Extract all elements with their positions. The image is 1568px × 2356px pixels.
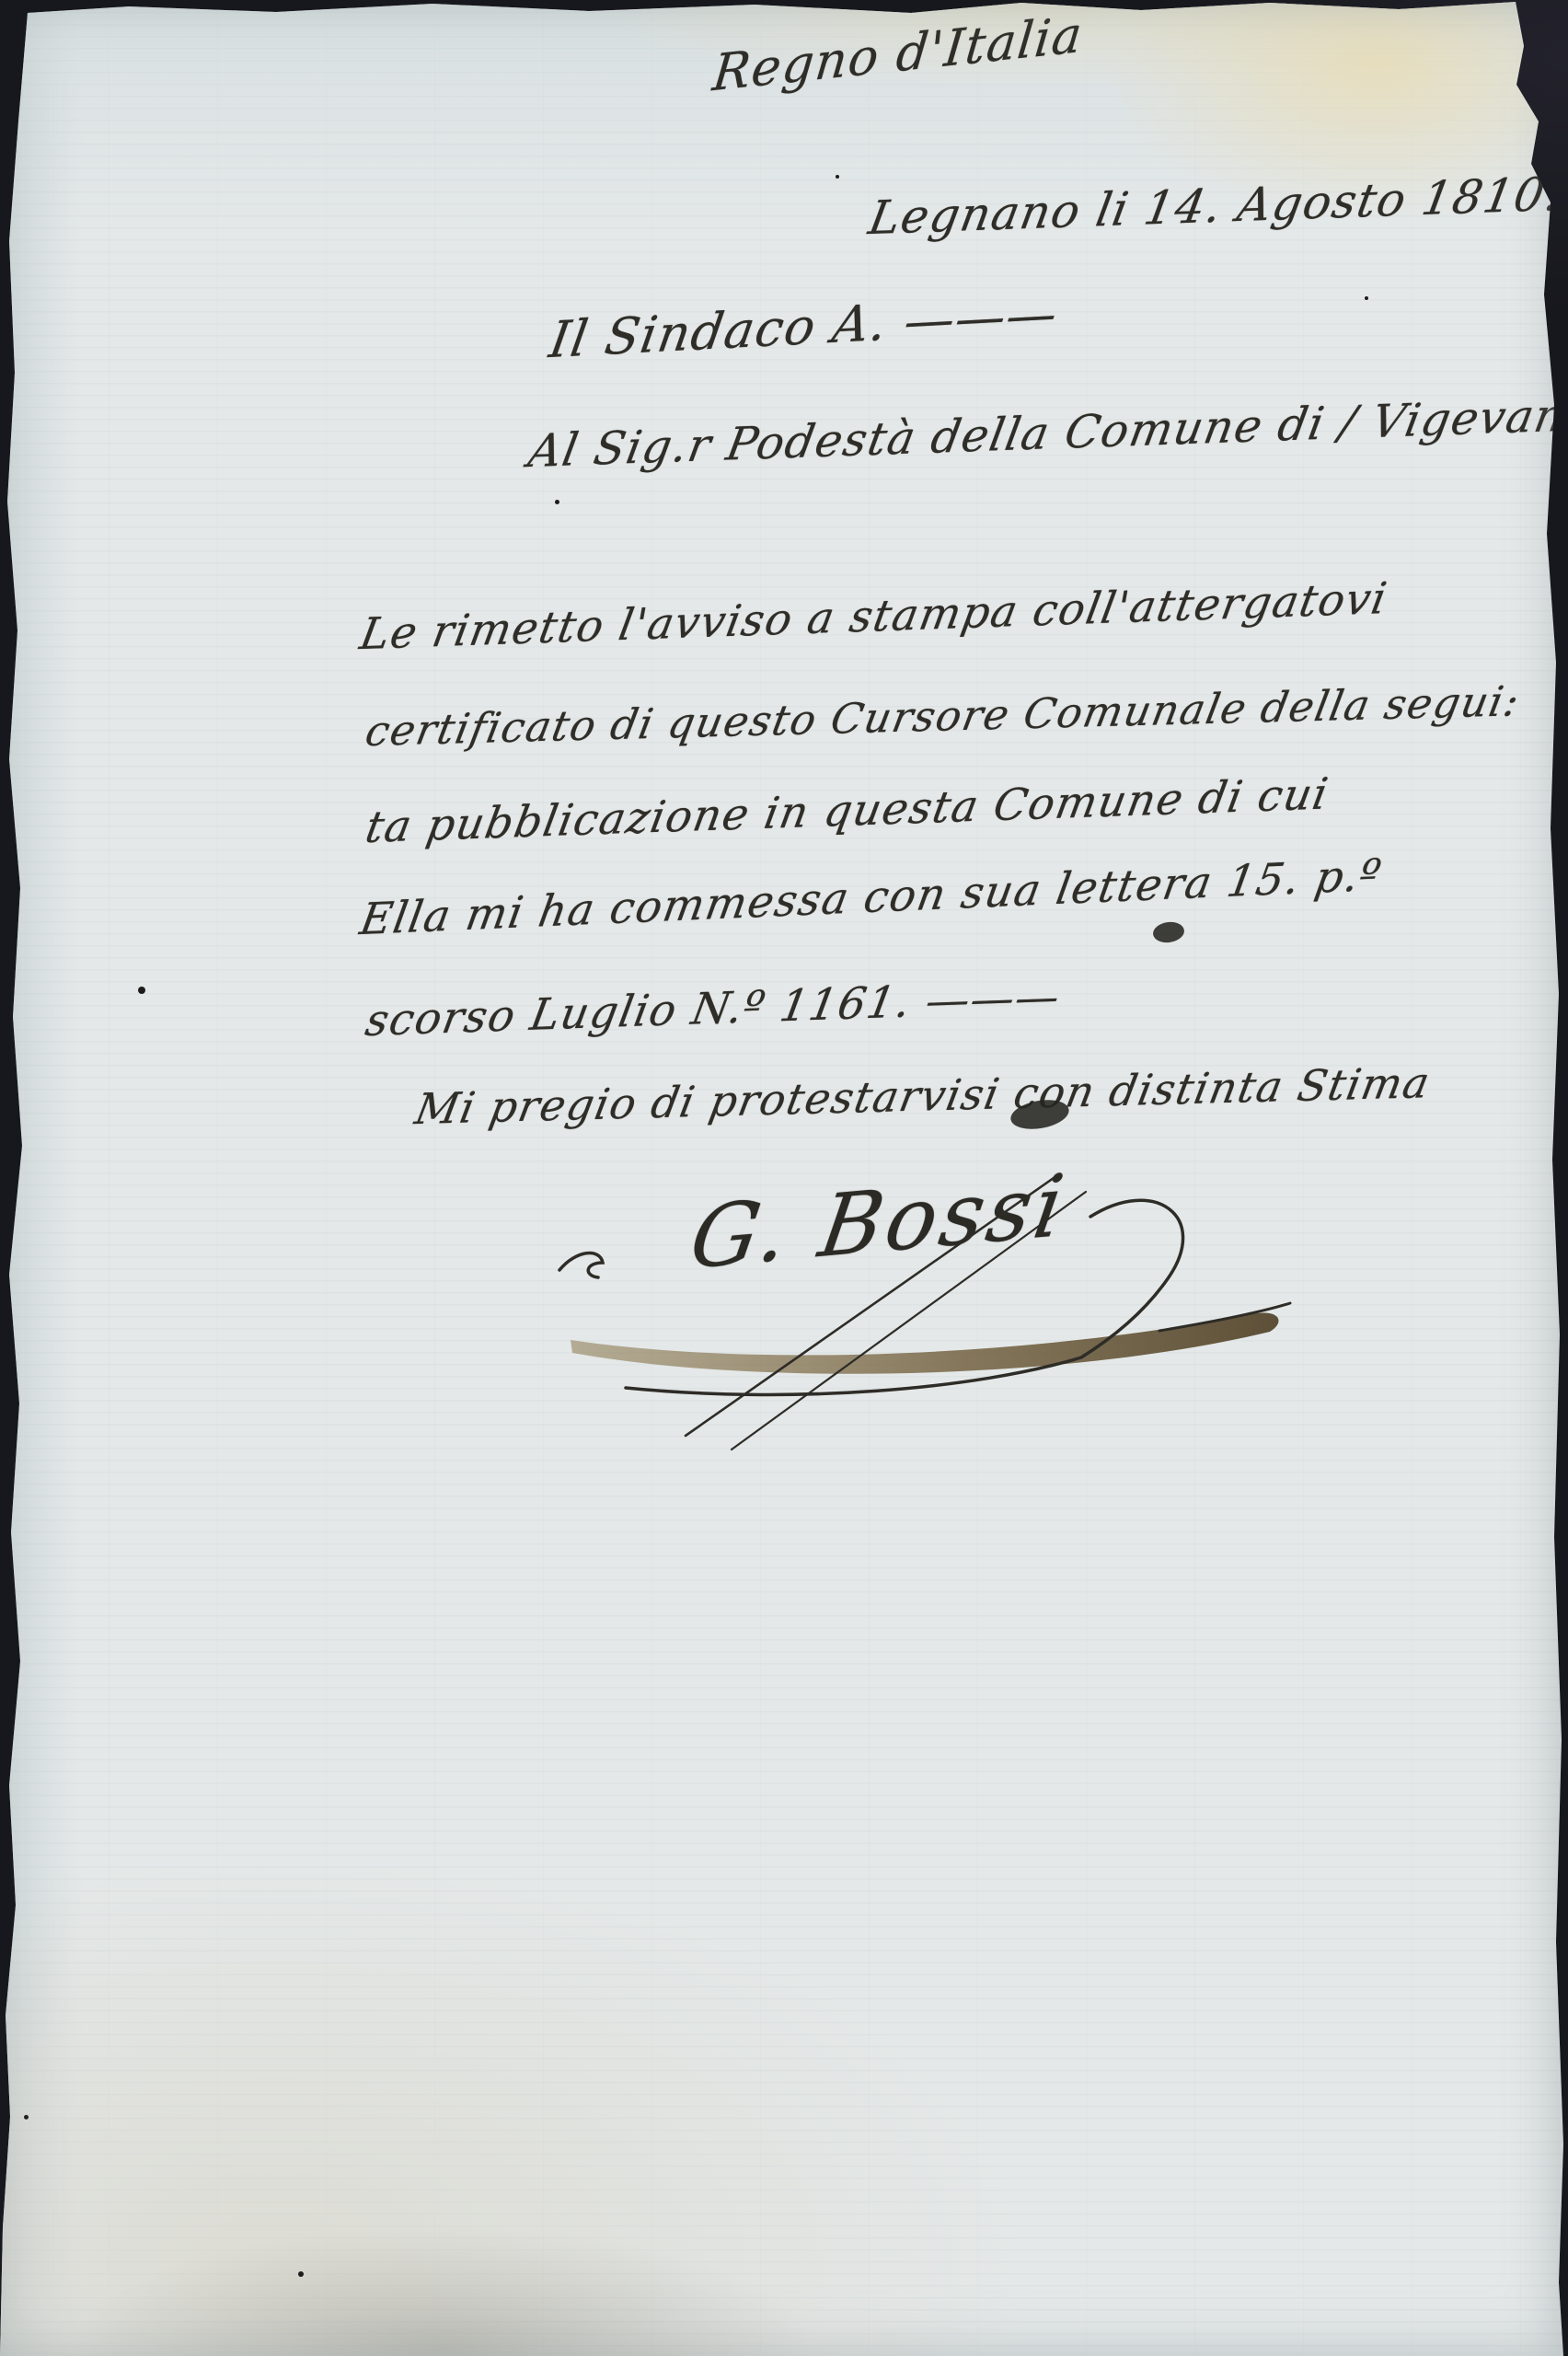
body-line: scorso Luglio N.º 1161. ———: [362, 971, 1065, 1046]
letter-header: Regno d'Italia: [710, 5, 1087, 102]
ink-speck: [138, 987, 145, 994]
ink-speck: [298, 2271, 304, 2277]
body-line: ta pubblicazione in questa Comune di cui: [362, 768, 1332, 853]
ink-speck: [555, 500, 559, 504]
signature-flourish: [515, 1160, 1307, 1472]
ink-speck: [1365, 296, 1368, 300]
ink-speck: [836, 175, 839, 179]
recipient-line: Al Sig.r Podestà della Comune di / Vigev…: [525, 387, 1568, 478]
paraph-diagonal-1: [686, 1178, 1054, 1436]
dateline: Legnano li 14. Agosto 1810.: [865, 167, 1566, 246]
sender-line: Il Sindaco A. ———: [546, 284, 1063, 370]
scan-background: Regno d'Italia Legnano li 14. Agosto 181…: [0, 0, 1568, 2356]
ink-smear: [571, 1313, 1279, 1374]
paraph-diagonal-2: [732, 1192, 1086, 1449]
body-line: Ella mi ha commessa con sua lettera 15. …: [356, 849, 1385, 945]
paraph-squiggle: [559, 1253, 603, 1277]
letter-page: Regno d'Italia Legnano li 14. Agosto 181…: [0, 0, 1568, 2356]
closing-line: Mi pregio di protestarvisi con distinta …: [411, 1057, 1435, 1134]
body-line: certificato di questo Cursore Comunale d…: [362, 676, 1524, 756]
body-line: Le rimetto l'avviso a stampa coll'atterg…: [356, 573, 1391, 660]
ink-blot: [1152, 920, 1186, 945]
ink-speck: [24, 2115, 29, 2119]
